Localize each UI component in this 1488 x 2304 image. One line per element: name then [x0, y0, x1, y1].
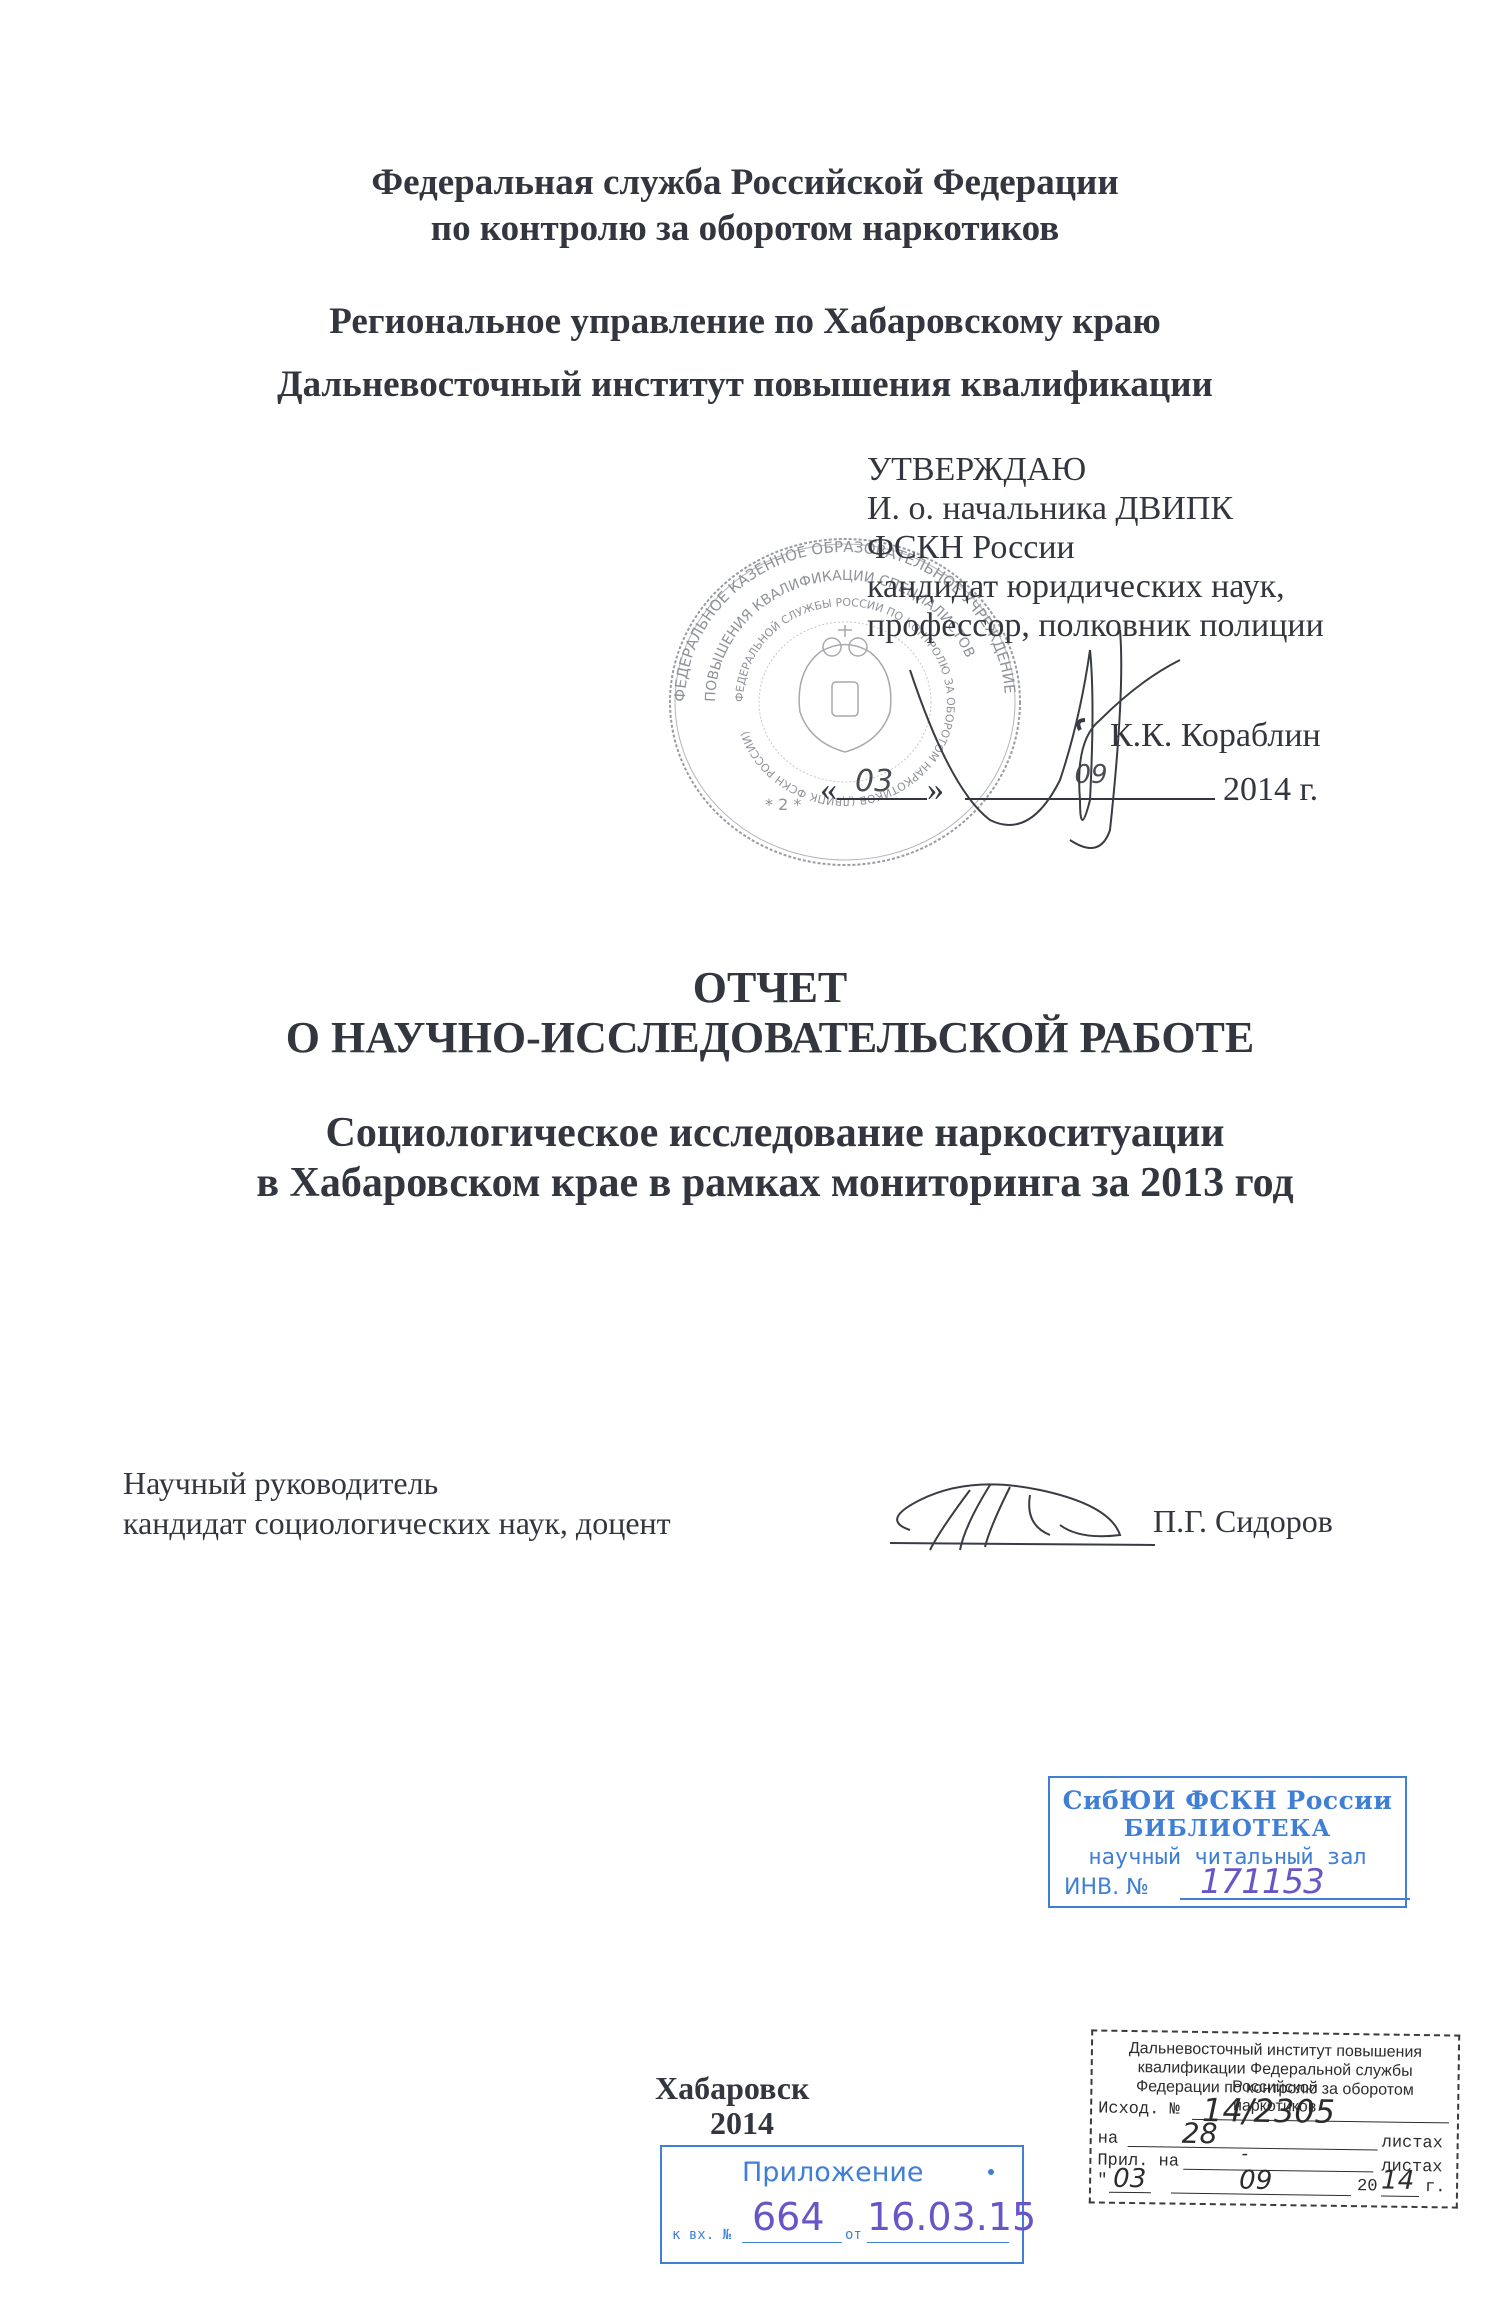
org-name-line2: по контролю за оборотом наркотиков [200, 206, 1290, 252]
library-stamp-org: СибЮИ ФСКН России [1050, 1786, 1405, 1815]
incoming-stamp: Приложение к вх. № 664 от 16.03.15 [660, 2145, 1024, 2264]
org-name: Федеральная служба Российской Федерации … [200, 160, 1290, 252]
report-subtitle: Социологическое исследование наркоситуац… [150, 1108, 1400, 1208]
supervisor-name: П.Г. Сидоров [1153, 1503, 1333, 1540]
approval-block: УТВЕРЖДАЮ И. о. начальника ДВИПК ФСКН Ро… [867, 450, 1324, 645]
attachment-value: - [1241, 2144, 1248, 2165]
report-title-line2: О НАУЧНО-ИССЛЕДОВАТЕЛЬСКОЙ РАБОТЕ [150, 1013, 1390, 1063]
report-subtitle-line2: в Хабаровском крае в рамках мониторинга … [150, 1158, 1400, 1208]
library-stamp-inv-label: ИНВ. № [1064, 1875, 1149, 1900]
sheets-count: 28 [1182, 2117, 1218, 2150]
institute-name: Дальневосточный институт повышения квали… [200, 363, 1290, 406]
stamp-dot [988, 2169, 994, 2175]
incoming-number-line [742, 2242, 842, 2243]
date-year: 2014 г. [1223, 771, 1318, 808]
approver-position-line1: И. о. начальника ДВИПК [867, 489, 1324, 528]
date-day: 03 [855, 764, 893, 799]
approver-position-line2: ФСКН России [867, 528, 1324, 567]
supervisor-role: Научный руководитель [123, 1463, 671, 1503]
report-subtitle-line1: Социологическое исследование наркоситуац… [150, 1108, 1400, 1158]
date-quote-open: « [820, 771, 837, 808]
outgoing-stamp: Дальневосточный институт повышения квали… [1089, 2029, 1460, 2208]
inv-number: 171153 [1200, 1862, 1324, 1902]
library-stamp: СибЮИ ФСКН России БИБЛИОТЕКА научный чит… [1048, 1776, 1407, 1908]
org-name-line1: Федеральная служба Российской Федерации [200, 160, 1290, 206]
supervisor-degree: кандидат социологических наук, доцент [123, 1503, 671, 1543]
library-stamp-library: БИБЛИОТЕКА [1050, 1815, 1405, 1842]
outgoing-day: 03 [1113, 2164, 1147, 2194]
svg-text:* 2 *: * 2 * [765, 795, 801, 814]
supervisor-signature-icon [880, 1475, 1160, 1555]
incoming-date: 16.03.15 [867, 2195, 1036, 2239]
year: 2014 [710, 2105, 774, 2142]
report-title-line1: ОТЧЕТ [150, 963, 1390, 1013]
incoming-date-label: от [845, 2227, 862, 2243]
report-title: ОТЧЕТ О НАУЧНО-ИССЛЕДОВАТЕЛЬСКОЙ РАБОТЕ [150, 963, 1390, 1063]
regional-office: Региональное управление по Хабаровскому … [200, 300, 1290, 343]
incoming-number-label: к вх. № [672, 2227, 731, 2243]
sheets-label: листах [1382, 2133, 1451, 2153]
outgoing-number: 14/2305 [1202, 2091, 1335, 2131]
approver-signature-icon [900, 620, 1220, 860]
supervisor-block: Научный руководитель кандидат социологич… [123, 1463, 671, 1543]
city: Хабаровск [655, 2070, 809, 2106]
approval-heading: УТВЕРЖДАЮ [867, 450, 1324, 489]
outgoing-year: 14 [1381, 2165, 1415, 2195]
year-line [1381, 2195, 1419, 2197]
year-end: г. [1425, 2178, 1450, 2197]
incoming-stamp-title: Приложение [742, 2157, 924, 2188]
outgoing-month: 09 [1239, 2166, 1273, 2196]
incoming-date-line [867, 2242, 1009, 2243]
incoming-number: 664 [752, 2195, 825, 2239]
approver-degree: кандидат юридических наук, [867, 567, 1324, 606]
